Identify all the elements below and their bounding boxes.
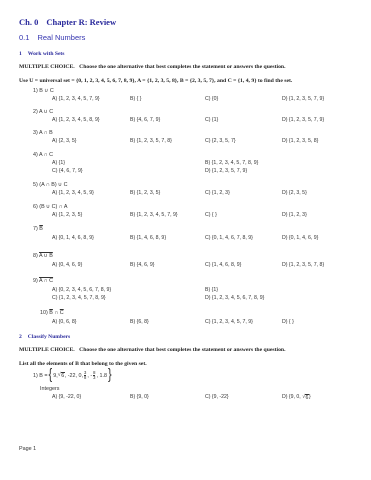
question-1-option-c[interactable]: C) {0} [205,96,218,102]
question-9-expression: A ∩ C [39,278,53,284]
question-10-option-d[interactable]: D) { } [282,319,294,325]
classify-option-c[interactable]: C) {9, -22} [205,394,229,400]
set-prefix: 1) B = [33,373,48,379]
question-10-operator: ∩ [53,310,60,316]
question-3-option-a[interactable]: A) {2, 3, 5} [52,138,77,144]
instruction-text: Choose the one alternative that best com… [79,64,285,70]
question-6-option-c[interactable]: C) { } [205,212,217,218]
instructions-2: MULTIPLE CHOICE. Choose the one alternat… [19,347,286,353]
question-7-number: 7) [33,226,38,232]
question-6: 6) (B ∪ C) ∩ A [33,204,67,210]
question-6-option-a[interactable]: A) {1, 2, 3, 5} [52,212,82,218]
question-1-option-a[interactable]: A) {1, 2, 3, 4, 5, 7, 9} [52,96,100,102]
question-2: 2) A ∪ C [33,109,53,115]
page-number: Page 1 [19,446,36,452]
question-4: 4) A ∩ C [33,152,53,158]
question-7-expression: B [39,226,43,232]
question-8-option-c[interactable]: C) {1, 4, 6, 8, 9} [205,262,241,268]
question-7-option-a[interactable]: A) {0, 1, 4, 6, 8, 9} [52,235,94,241]
classify-option-b[interactable]: B) {9, 0} [130,394,149,400]
subsection-title-classify-numbers: 2Classify Numbers [19,334,70,340]
section-title: 0.1Real Numbers [19,33,85,42]
question-8: 8) A ∪ B [33,253,53,259]
question-7: 7) B [33,226,43,232]
question-10-option-c[interactable]: C) {1, 2, 3, 4, 5, 7, 9} [205,319,253,325]
question-7-option-b[interactable]: B) {1, 4, 6, 8, 9} [130,235,166,241]
question-10-option-b[interactable]: B) {6, 8} [130,319,149,325]
set-expression: 1) B = { 9, √6 , -22, 0, 38 , - 83 , 1.8… [33,370,113,381]
question-6-option-d[interactable]: D) {1, 2, 3} [282,212,307,218]
section-name: Real Numbers [37,33,85,42]
given-instruction: List all the elements of B that belong t… [19,361,147,367]
set-separator: , - [87,373,92,379]
question-10-number: 10) [40,310,48,316]
subsection-name: Classify Numbers [28,334,70,340]
chapter-title: Ch. 0Chapter R: Review [19,17,116,27]
question-9-option-a[interactable]: A) {0, 2, 3, 4, 5, 6, 7, 8, 9} [52,287,111,293]
subset-label: Integers [40,386,59,392]
question-9-option-b[interactable]: B) {1} [205,287,218,293]
option-d-prefix: D) {9, 0, [282,394,302,400]
section-number: 0.1 [19,33,29,42]
question-2-option-b[interactable]: B) {4, 6, 7, 9} [130,117,160,123]
question-2-option-d[interactable]: D) {1, 2, 3, 5, 7, 9} [282,117,324,123]
fraction-2-denominator: 3 [93,376,95,380]
given-sets: Use U = universal set = {0, 1, 2, 3, 4, … [19,78,292,84]
classify-question-1: 1) B = { 9, √6 , -22, 0, 38 , - 83 , 1.8… [33,370,113,381]
question-9: 9) A ∩ C [33,278,53,284]
question-1: 1) B ∪ C [33,88,54,94]
subsection-number: 2 [19,334,22,340]
set-elements-b: , -22, 0, [65,373,83,379]
question-9-option-c[interactable]: C) {1, 2, 3, 4, 5, 7, 8, 9} [52,295,106,301]
question-8-option-a[interactable]: A) {0, 4, 6, 9} [52,262,82,268]
classify-option-a[interactable]: A) {9, -22, 0} [52,394,81,400]
question-5-option-b[interactable]: B) {1, 2, 3, 5} [130,190,160,196]
question-3: 3) A ∩ B [33,130,53,136]
question-2-option-c[interactable]: C) {1} [205,117,218,123]
sqrt-expression: √6 [58,372,65,379]
question-1-option-d[interactable]: D) {1, 2, 3, 5, 7, 9} [282,96,324,102]
question-10-c-complement: C [60,310,64,316]
question-8-option-b[interactable]: B) {4, 6, 9} [130,262,155,268]
question-9-option-d[interactable]: D) {1, 2, 3, 4, 5, 6, 7, 8, 9} [205,295,264,301]
question-8-number: 8) [33,253,38,259]
chapter-number: Ch. 0 [19,17,38,27]
question-6-option-b[interactable]: B) {1, 2, 3, 4, 5, 7, 9} [130,212,178,218]
classify-option-d[interactable]: D) {9, 0, √6} [282,394,311,401]
question-4-option-c[interactable]: C) {4, 6, 7, 9} [52,168,83,174]
question-3-option-b[interactable]: B) {1, 2, 3, 5, 7, 8} [130,138,172,144]
question-2-option-a[interactable]: A) {1, 2, 3, 4, 5, 8, 9} [52,117,100,123]
question-4-option-d[interactable]: D) {1, 2, 3, 5, 7, 9} [205,168,247,174]
subsection-title-work-with-sets: 1Work with Sets [19,51,64,57]
question-5-option-c[interactable]: C) {1, 2, 3} [205,190,230,196]
question-4-option-b[interactable]: B) {1, 2, 3, 4, 5, 7, 8, 9} [205,160,258,166]
question-3-option-c[interactable]: C) {2, 3, 5, 7} [205,138,236,144]
option-d-suffix: } [309,394,311,400]
question-3-option-d[interactable]: D) {1, 2, 3, 5, 8} [282,138,318,144]
subsection-name: Work with Sets [28,51,65,57]
subsection-number: 1 [19,51,22,57]
question-5: 5) (A ∩ B) ∪ C [33,182,67,188]
question-9-number: 9) [33,278,38,284]
question-10-option-a[interactable]: A) {0, 6, 8} [52,319,77,325]
left-brace-icon: { [49,368,53,382]
question-7-option-c[interactable]: C) {0, 1, 4, 6, 7, 8, 9} [205,235,253,241]
question-7-option-d[interactable]: D) {0, 1, 4, 6, 9} [282,235,318,241]
question-1-option-b[interactable]: B) { } [130,96,142,102]
fraction-2: 83 [93,371,95,380]
chapter-name: Chapter R: Review [46,17,116,27]
instruction-text: Choose the one alternative that best com… [79,347,285,353]
sqrt-expression: √6 [302,394,309,401]
question-5-option-d[interactable]: D) {2, 3, 5} [282,190,307,196]
fraction-1: 38 [84,371,86,380]
instruction-label: MULTIPLE CHOICE. [19,347,75,353]
question-5-option-a[interactable]: A) {1, 2, 3, 4, 5, 9} [52,190,94,196]
instruction-label: MULTIPLE CHOICE. [19,64,75,70]
set-elements-c: , 1.8 [96,373,107,379]
question-10: 10) B ∩ C [40,310,64,316]
question-4-option-a[interactable]: A) {1} [52,160,65,166]
question-8-option-d[interactable]: D) {1, 2, 3, 5, 7, 8} [282,262,324,268]
fraction-1-denominator: 8 [84,376,86,380]
question-8-expression: A ∪ B [39,253,53,259]
instructions: MULTIPLE CHOICE. Choose the one alternat… [19,64,286,70]
right-brace-icon: } [108,368,112,382]
